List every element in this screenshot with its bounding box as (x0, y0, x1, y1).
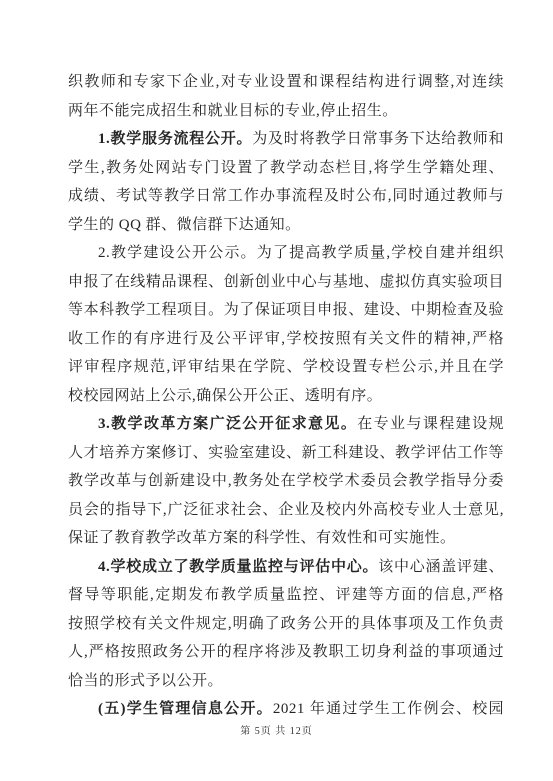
page-number-text: 第 5页 共 12页 (240, 726, 313, 737)
heading-run: 1.教学服务流程公开。 (98, 131, 252, 147)
text-line: 学生的 QQ 群、微信群下达通知。 (68, 211, 504, 240)
heading-run: 4.学校成立了教学质量监控与评估中心。 (98, 559, 378, 575)
text-run: 2.教学建设公开公示。为了提高教学质量,学校自建并组织 (98, 245, 504, 261)
document-page: 织教师和专家下企业,对专业设置和课程结构进行调整,对连续两年不能完成招生和就业目… (0, 0, 553, 781)
heading-run: 3.教学改革方案广泛公开征求意见。 (98, 416, 357, 432)
text-line: 织教师和专家下企业,对专业设置和课程结构进行调整,对连续 (68, 68, 504, 97)
text-line: 收工作的有序进行及公平评审,学校按照有关文件的精神,严格 (68, 325, 504, 354)
text-line: 恰当的形式予以公开。 (68, 667, 504, 696)
text-run: 成绩、考试等教学日常工作办事流程及时公布,同时通过教师与 (68, 188, 504, 204)
text-run: 学生的 QQ 群、微信群下达通知。 (68, 217, 301, 233)
text-line: 人才培养方案修订、实验室建设、新工科建设、教学评估工作等 (68, 439, 504, 468)
text-line: 学生,教务处网站专门设置了教学动态栏目,将学生学籍处理、 (68, 154, 504, 183)
text-line: 按照学校有关文件规定,明确了政务公开的具体事项及工作负责 (68, 610, 504, 639)
text-run: 两年不能完成招生和就业目标的专业,停止招生。 (68, 103, 398, 119)
text-run: 评审程序规范,评审结果在学院、学校设置专栏公示,并且在学 (68, 359, 504, 375)
text-line: 申报了在线精品课程、创新创业中心与基地、虚拟仿真实验项目 (68, 268, 504, 297)
text-run: 校校园网站上公示,确保公开公正、透明有序。 (68, 388, 382, 404)
text-line: 保证了教育教学改革方案的科学性、有效性和可实施性。 (68, 524, 504, 553)
text-run: 人,严格按照政务公开的程序将涉及教职工切身利益的事项通过 (68, 644, 504, 660)
text-line: 人,严格按照政务公开的程序将涉及教职工切身利益的事项通过 (68, 638, 504, 667)
text-run: 2021 年通过学生工作例会、校园 (273, 701, 504, 717)
page-number-footer: 第 5页 共 12页 (0, 722, 553, 737)
text-line: 3.教学改革方案广泛公开征求意见。在专业与课程建设规划、 (68, 410, 504, 439)
text-line: (五)学生管理信息公开。2021 年通过学生工作例会、校园 (68, 695, 504, 724)
heading-run: (五)学生管理信息公开。 (98, 701, 273, 717)
text-line: 校校园网站上公示,确保公开公正、透明有序。 (68, 382, 504, 411)
text-run: 恰当的形式予以公开。 (68, 673, 223, 689)
text-line: 等本科教学工程项目。为了保证项目申报、建设、中期检查及验 (68, 296, 504, 325)
text-run: 申报了在线精品课程、创新创业中心与基地、虚拟仿真实验项目 (68, 274, 504, 290)
text-run: 督导等职能,定期发布教学质量监控、评建等方面的信息,严格 (68, 587, 504, 603)
text-line: 督导等职能,定期发布教学质量监控、评建等方面的信息,严格 (68, 581, 504, 610)
text-line: 成绩、考试等教学日常工作办事流程及时公布,同时通过教师与 (68, 182, 504, 211)
text-run: 员会的指导下,广泛征求社会、企业及校内外高校专业人士意见, (68, 502, 504, 518)
text-run: 为及时将教学日常事务下达给教师和 (252, 131, 504, 147)
text-run: 收工作的有序进行及公平评审,学校按照有关文件的精神,严格 (68, 331, 504, 347)
text-run: 该中心涵盖评建、 (378, 559, 504, 575)
text-run: 等本科教学工程项目。为了保证项目申报、建设、中期检查及验 (68, 302, 504, 318)
text-line: 评审程序规范,评审结果在学院、学校设置专栏公示,并且在学 (68, 353, 504, 382)
text-run: 人才培养方案修订、实验室建设、新工科建设、教学评估工作等 (68, 445, 504, 461)
text-run: 织教师和专家下企业,对专业设置和课程结构进行调整,对连续 (68, 74, 504, 90)
text-run: 教学改革与创新建设中,教务处在学校学术委员会教学指导分委 (68, 473, 504, 489)
text-line: 两年不能完成招生和就业目标的专业,停止招生。 (68, 97, 504, 126)
text-line: 员会的指导下,广泛征求社会、企业及校内外高校专业人士意见, (68, 496, 504, 525)
text-run: 按照学校有关文件规定,明确了政务公开的具体事项及工作负责 (68, 616, 504, 632)
text-run: 学生,教务处网站专门设置了教学动态栏目,将学生学籍处理、 (68, 160, 504, 176)
text-line: 1.教学服务流程公开。为及时将教学日常事务下达给教师和 (68, 125, 504, 154)
text-line: 2.教学建设公开公示。为了提高教学质量,学校自建并组织 (68, 239, 504, 268)
document-body: 织教师和专家下企业,对专业设置和课程结构进行调整,对连续两年不能完成招生和就业目… (68, 68, 504, 724)
text-run: 保证了教育教学改革方案的科学性、有效性和可实施性。 (68, 530, 456, 546)
text-line: 4.学校成立了教学质量监控与评估中心。该中心涵盖评建、 (68, 553, 504, 582)
text-line: 教学改革与创新建设中,教务处在学校学术委员会教学指导分委 (68, 467, 504, 496)
